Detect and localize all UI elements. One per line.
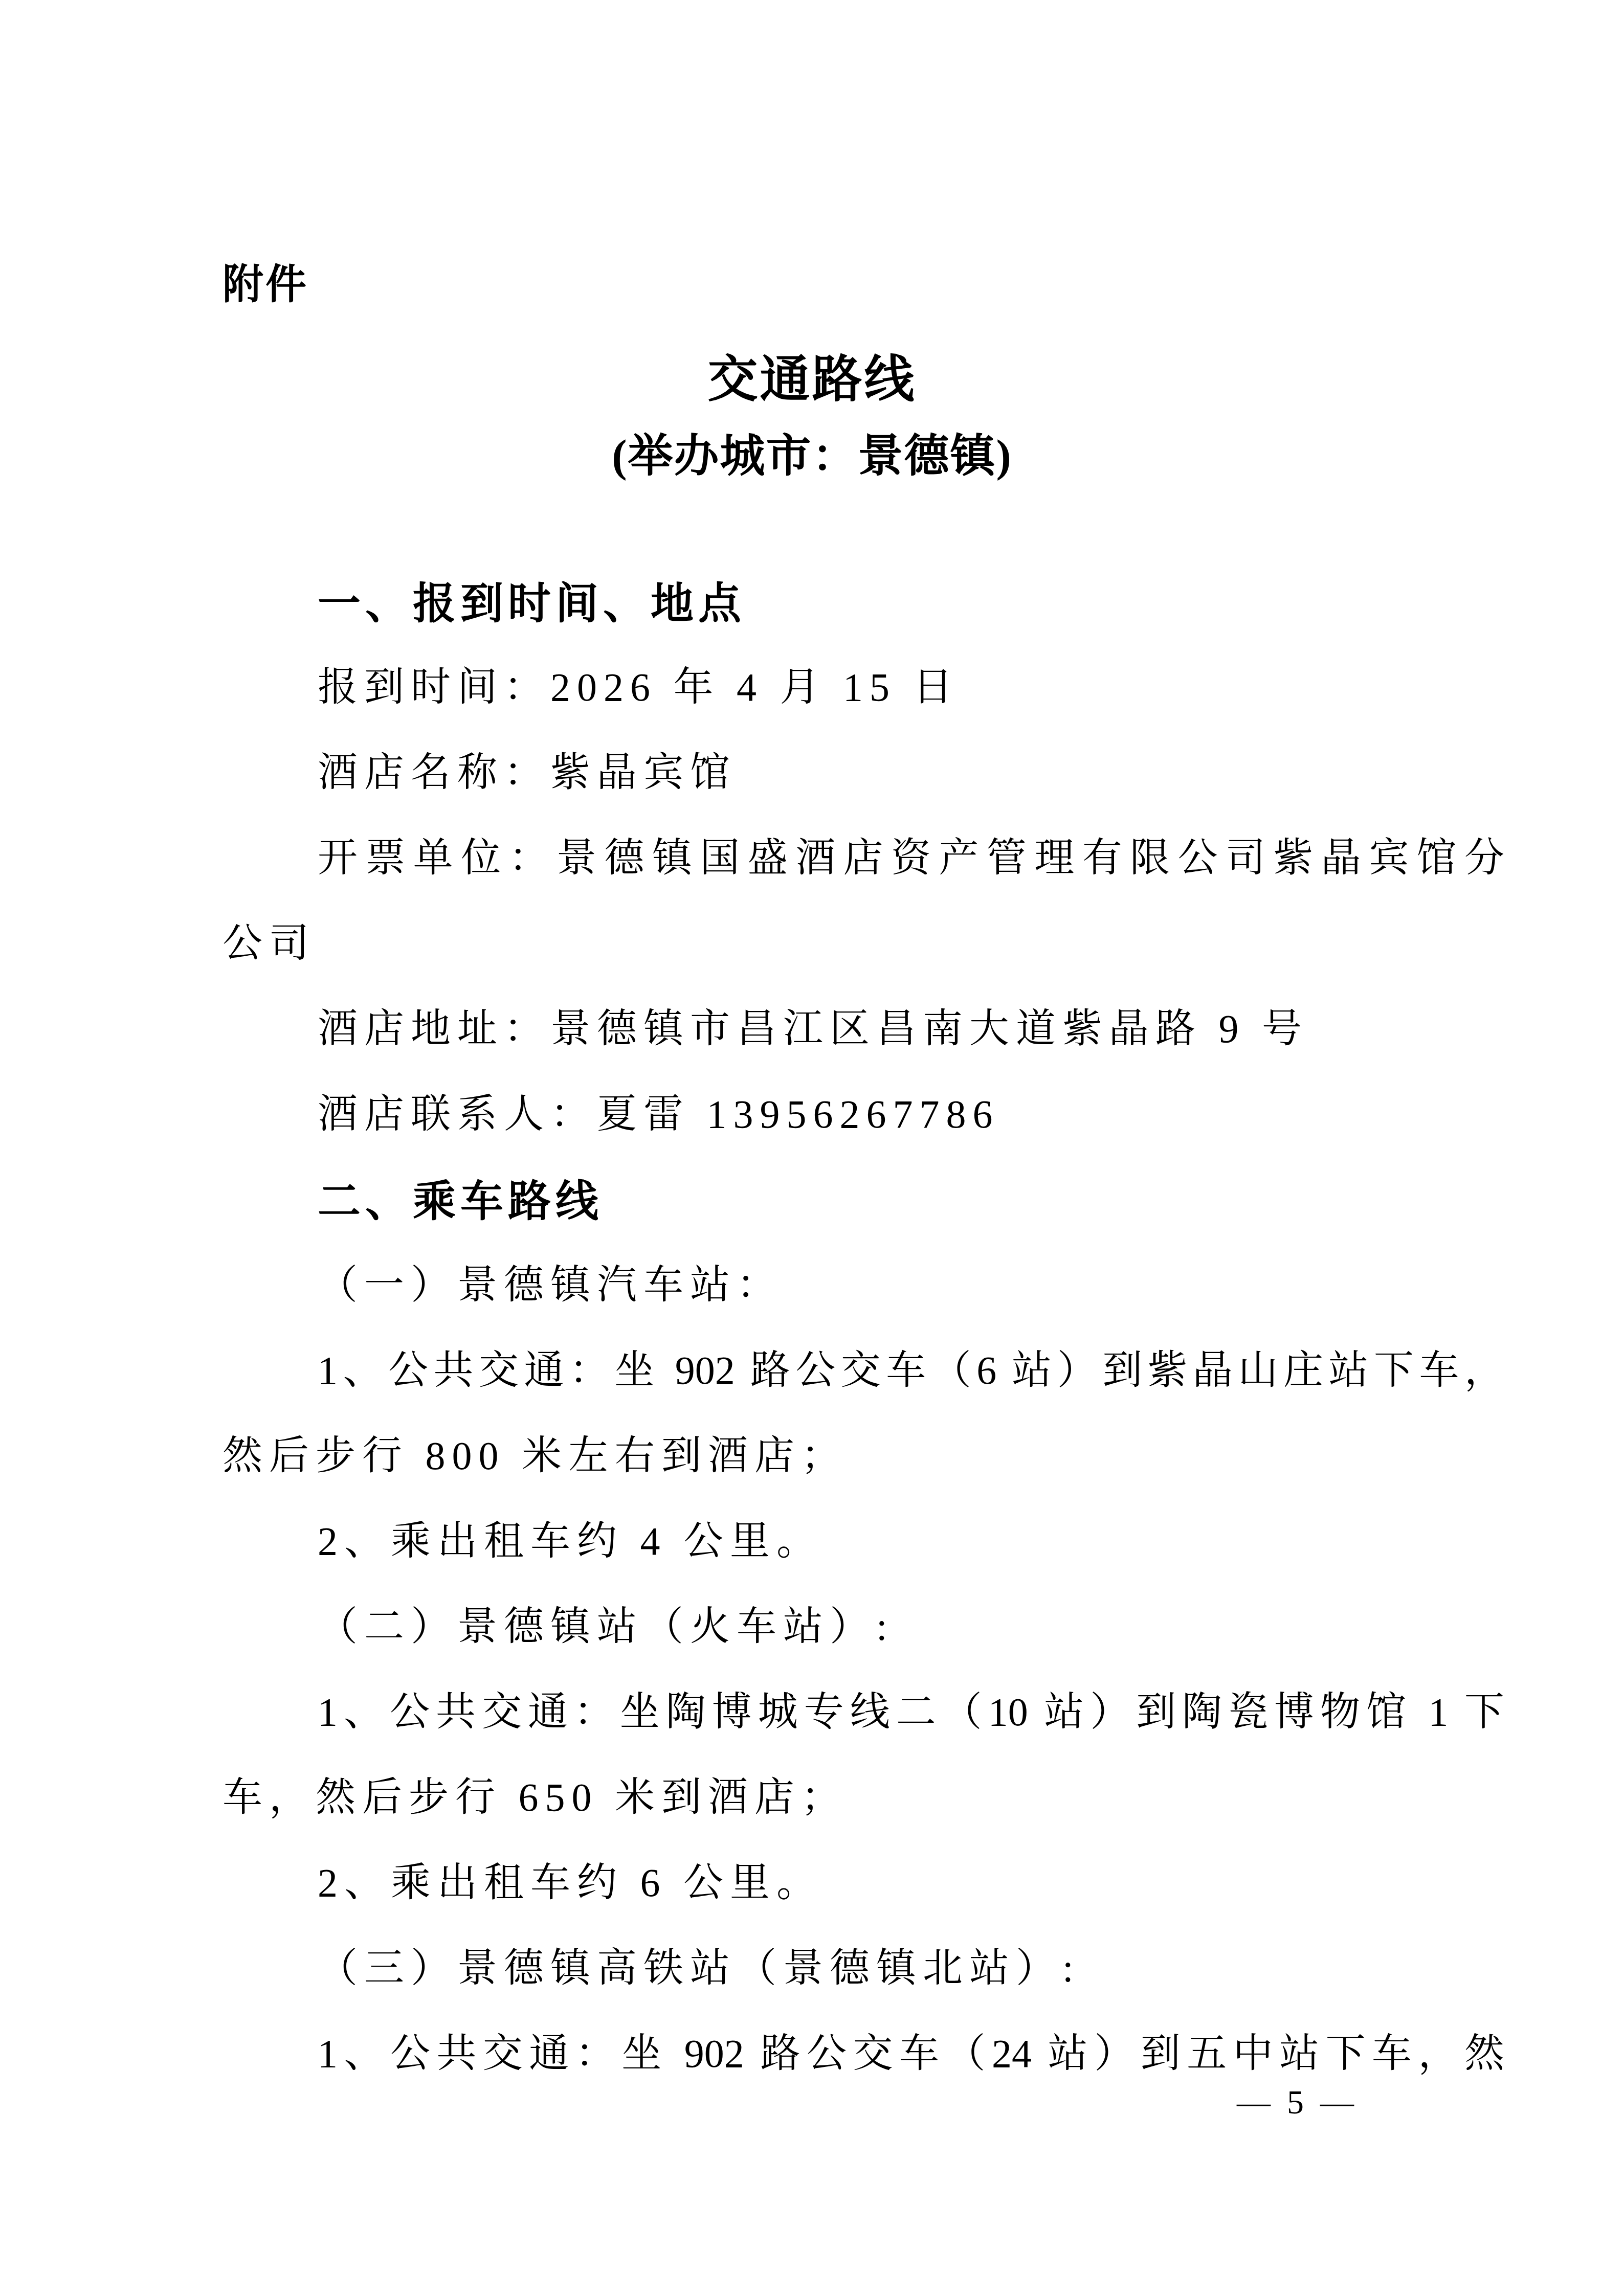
body-line: 1、公共交通：坐 902 路公交车（24 站）到五中站下车，然 [223, 2029, 1504, 2079]
body-line: （三）景德镇高铁站（景德镇北站）: [223, 1943, 1504, 1993]
section-heading: 一、报到时间、地点 [223, 577, 1504, 631]
page-footer: —5— [1229, 2082, 1362, 2123]
body-line: 2、乘出租车约 4 公里。 [223, 1516, 1504, 1566]
document-body: 一、报到时间、地点报到时间：2026 年 4 月 15 日酒店名称：紫晶宾馆开票… [0, 0, 1624, 2296]
page-number: 5 [1287, 2084, 1304, 2121]
body-line: 报到时间：2026 年 4 月 15 日 [223, 662, 1504, 712]
body-line: 1、公共交通：坐陶博城专线二（10 站）到陶瓷博物馆 1 下 [223, 1687, 1504, 1737]
body-line: 酒店联系人：夏雷 13956267786 [223, 1089, 1504, 1139]
page-number-left-dash: — [1237, 2084, 1271, 2121]
document-page: 附件 交通路线 (举办城市：景德镇) 一、报到时间、地点报到时间：2026 年 … [0, 0, 1624, 2296]
body-line: 开票单位：景德镇国盛酒店资产管理有限公司紫晶宾馆分 [223, 833, 1504, 883]
body-line: 2、乘出租车约 6 公里。 [223, 1858, 1504, 1908]
body-line: 1、公共交通：坐 902 路公交车（6 站）到紫晶山庄站下车， [223, 1345, 1504, 1395]
body-line: （一）景德镇汽车站： [223, 1260, 1504, 1310]
body-line: 酒店名称：紫晶宾馆 [223, 748, 1504, 798]
body-line: 酒店地址：景德镇市昌江区昌南大道紫晶路 9 号 [223, 1004, 1504, 1054]
body-line: （二）景德镇站（火车站）: [223, 1602, 1504, 1652]
body-line: 然后步行 800 米左右到酒店； [223, 1431, 1409, 1481]
body-line: 公司 [223, 918, 1409, 969]
page-number-right-dash: — [1320, 2084, 1354, 2121]
body-line: 车，然后步行 650 米到酒店； [223, 1772, 1409, 1822]
section-heading: 二、乘车路线 [223, 1175, 1504, 1228]
